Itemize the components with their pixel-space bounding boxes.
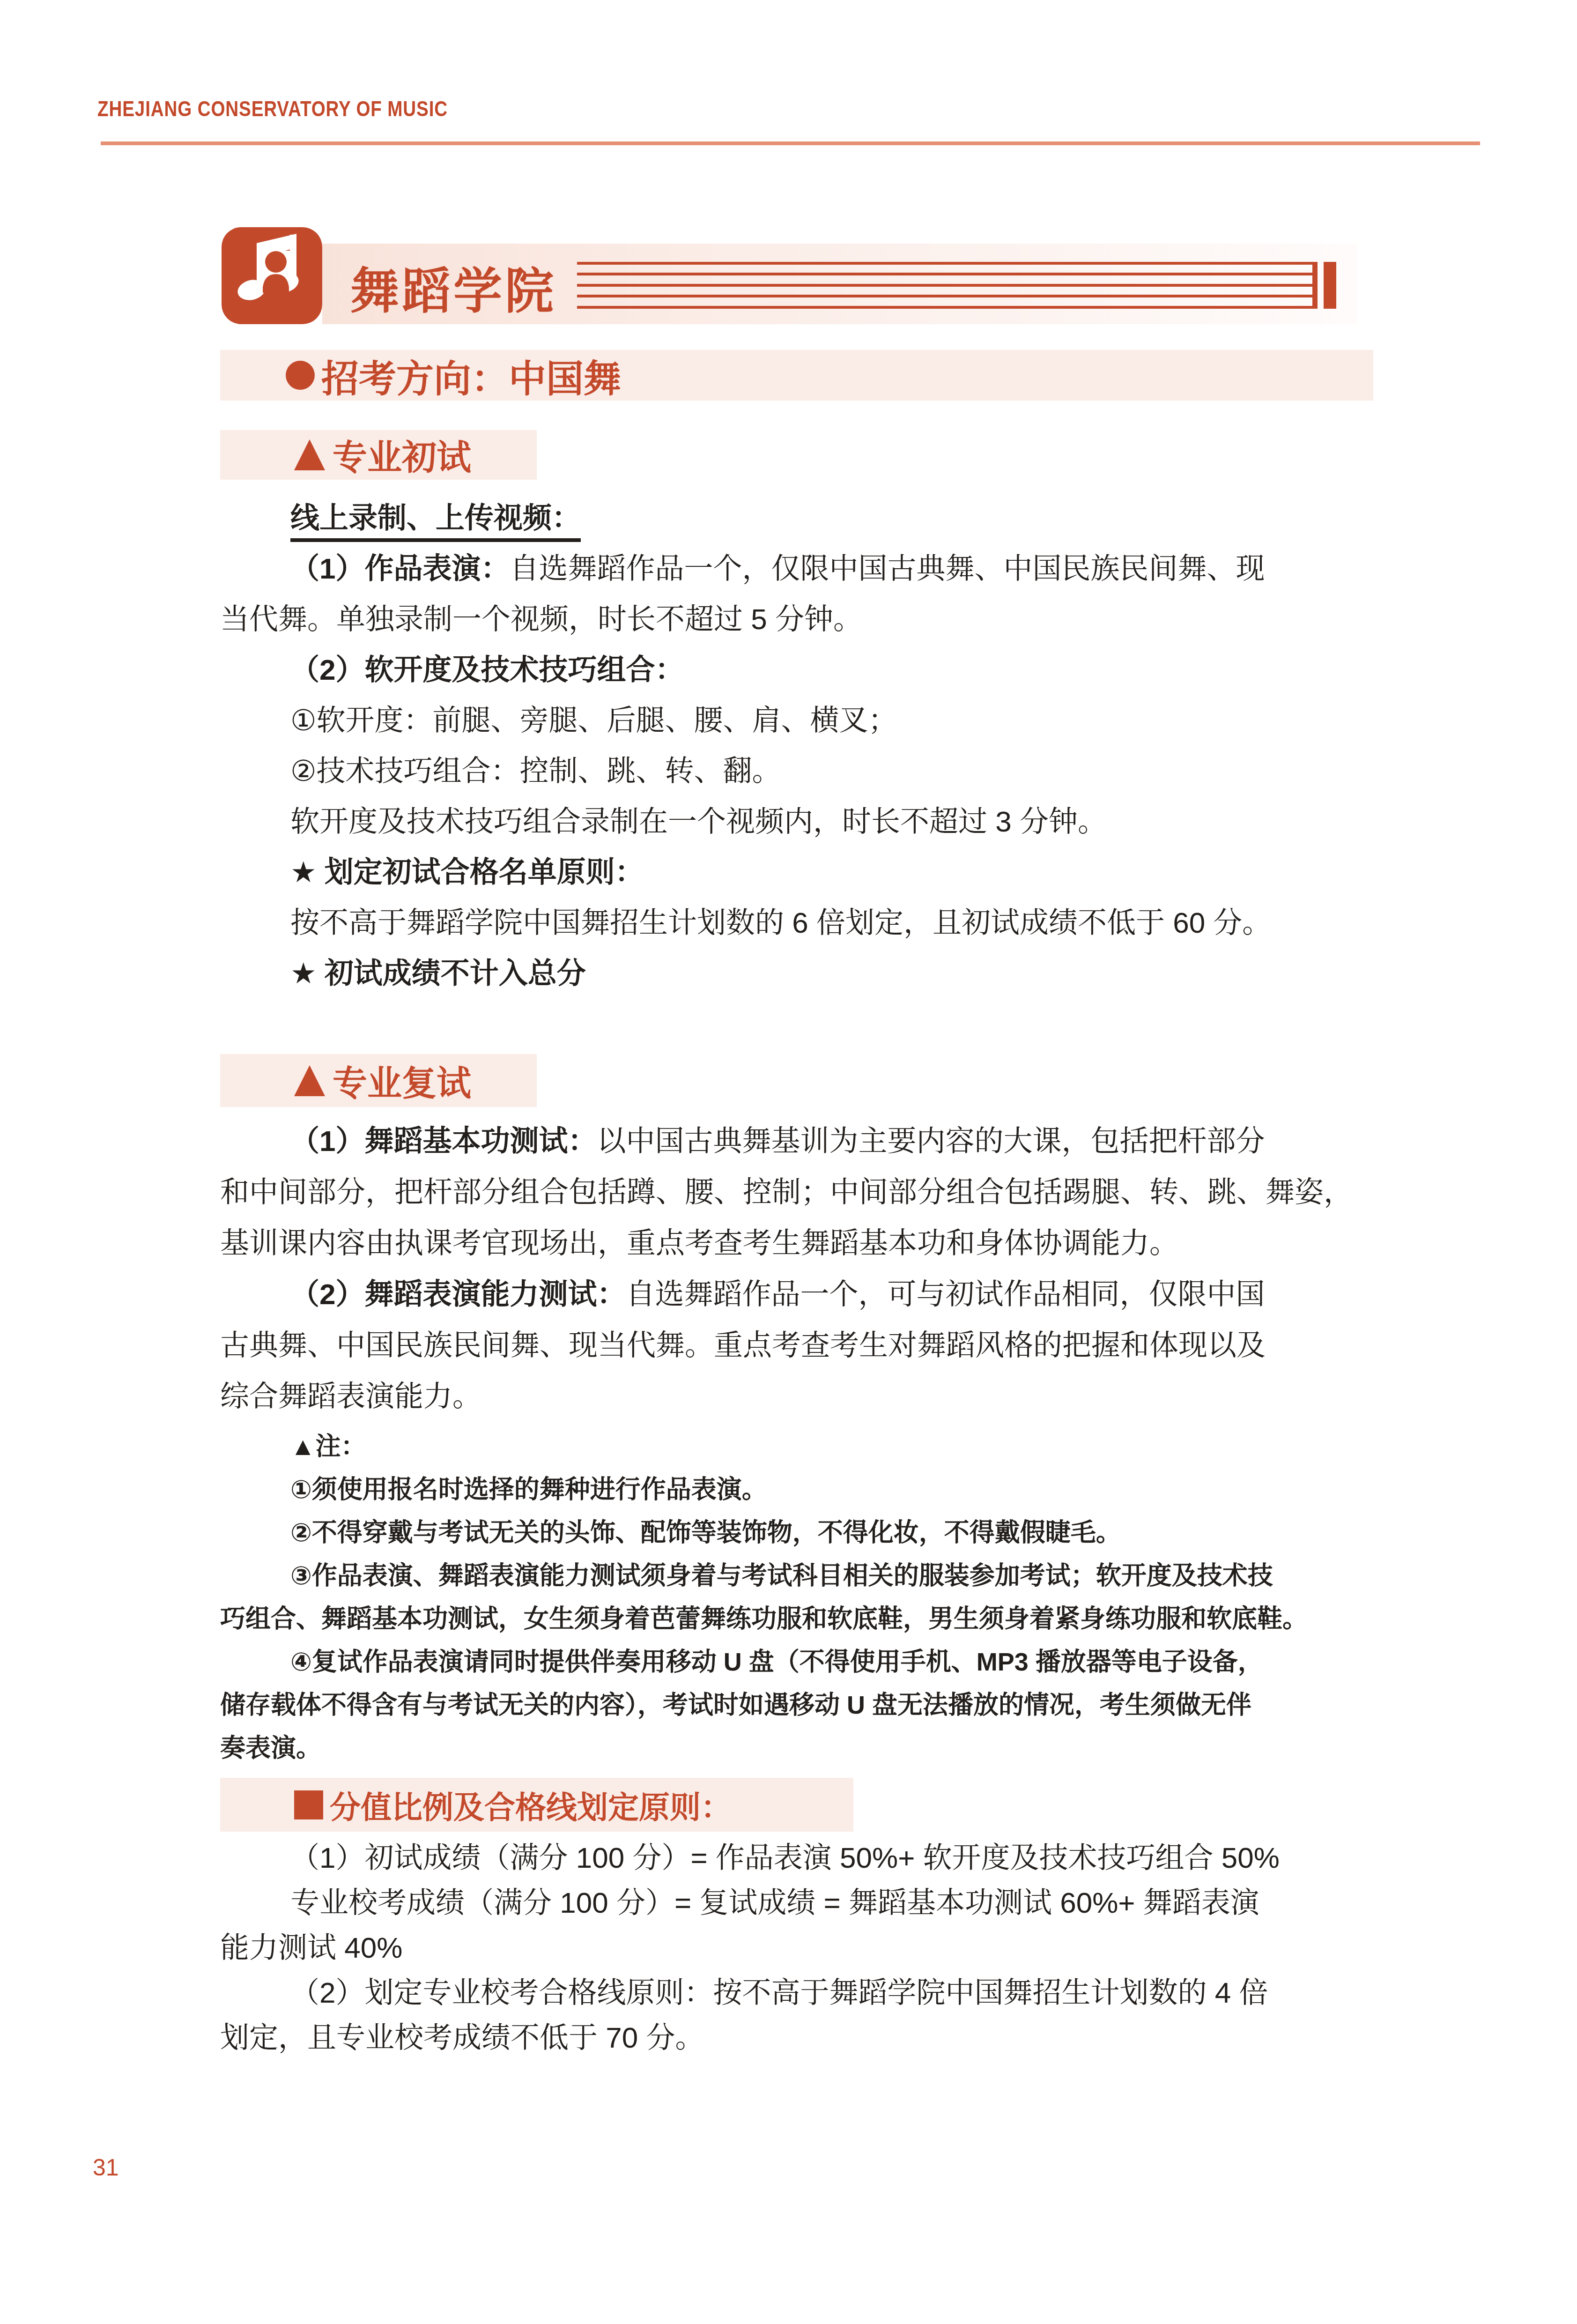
section-header-scoring: 分值比例及合格线划定原则： bbox=[220, 1778, 853, 1832]
staff-end-barline bbox=[1324, 262, 1336, 309]
retest-notes: ▲注：①须使用报名时选择的舞种进行作品表演。②不得穿戴与考试无关的头饰、配饰等装… bbox=[220, 1425, 1365, 1770]
text-line: （1）舞蹈基本功测试：以中国古典舞基训为主要内容的大课，包括把杆部分 bbox=[220, 1116, 1365, 1167]
text-line: （1）作品表演：自选舞蹈作品一个，仅限中国古典舞、中国民族民间舞、现 bbox=[220, 544, 1365, 594]
text-line: ★ 划定初试合格名单原则： bbox=[220, 847, 1365, 898]
retest-body: （1）舞蹈基本功测试：以中国古典舞基训为主要内容的大课，包括把杆部分和中间部分，… bbox=[220, 1116, 1365, 1422]
text-line: （2）划定专业校考合格线原则：按不高于舞蹈学院中国舞招生计划数的 4 倍 bbox=[220, 1971, 1365, 2016]
text-line: 划定，且专业校考成绩不低于 70 分。 bbox=[220, 2016, 1365, 2061]
header-divider-line bbox=[101, 141, 1480, 145]
text-line: 软开度及技术技巧组合录制在一个视频内，时长不超过 3 分钟。 bbox=[220, 797, 1365, 847]
text-line: ★ 初试成绩不计入总分 bbox=[220, 949, 1365, 999]
text-line: ▲注： bbox=[220, 1425, 1365, 1468]
square-bullet-icon bbox=[294, 1790, 323, 1819]
text-line: 储存载体不得含有与考试无关的内容），考试时如遇移动 U 盘无法播放的情况，考生须… bbox=[220, 1684, 1365, 1727]
preliminary-body: 线上录制、上传视频：（1）作品表演：自选舞蹈作品一个，仅限中国古典舞、中国民族民… bbox=[220, 493, 1365, 999]
triangle-bullet-icon bbox=[294, 1065, 325, 1096]
text-line: ①软开度：前腿、旁腿、后腿、腰、肩、横叉； bbox=[220, 696, 1365, 746]
text-line: 奏表演。 bbox=[220, 1727, 1365, 1770]
text-line: ①须使用报名时选择的舞种进行作品表演。 bbox=[220, 1468, 1365, 1511]
brochure-page: { "page": { "brand": "ZHEJIANG CONSERVAT… bbox=[0, 0, 1577, 2324]
text-line: 线上录制、上传视频： bbox=[220, 493, 1365, 544]
text-line: （1）初试成绩（满分 100 分）= 作品表演 50%+ 软开度及技术技巧组合 … bbox=[220, 1836, 1365, 1881]
text-line: 古典舞、中国民族民间舞、现当代舞。重点考查考生对舞蹈风格的把握和体现以及 bbox=[220, 1320, 1365, 1371]
text-line: （2）舞蹈表演能力测试：自选舞蹈作品一个，可与初试作品相同，仅限中国 bbox=[220, 1269, 1365, 1320]
text-line: 当代舞。单独录制一个视频，时长不超过 5 分钟。 bbox=[220, 594, 1365, 645]
page-number: 31 bbox=[93, 2154, 119, 2181]
retest-header-text: 专业复试 bbox=[333, 1056, 471, 1106]
text-line: ②技术技巧组合：控制、跳、转、翻。 bbox=[220, 746, 1365, 797]
text-line: 按不高于舞蹈学院中国舞招生计划数的 6 倍划定，且初试成绩不低于 60 分。 bbox=[220, 898, 1365, 949]
music-staff-lines bbox=[577, 262, 1336, 309]
circle-bullet-icon bbox=[286, 361, 315, 390]
text-line: 巧组合、舞蹈基本功测试，女生须身着芭蕾舞练功服和软底鞋，男生须身着紧身练功服和软… bbox=[220, 1597, 1365, 1641]
text-line: 综合舞蹈表演能力。 bbox=[220, 1371, 1365, 1422]
text-line: 基训课内容由执课考官现场出，重点考查考生舞蹈基本功和身体协调能力。 bbox=[220, 1218, 1365, 1269]
preliminary-header-text: 专业初试 bbox=[333, 430, 471, 480]
music-note-person-icon bbox=[222, 227, 322, 324]
scoring-body: （1）初试成绩（满分 100 分）= 作品表演 50%+ 软开度及技术技巧组合 … bbox=[220, 1836, 1365, 2061]
triangle-bullet-icon bbox=[294, 439, 325, 470]
section-header-direction: 招考方向：中国舞 bbox=[220, 350, 1373, 401]
section-header-preliminary: 专业初试 bbox=[220, 430, 537, 480]
text-line: （2）软开度及技术技巧组合： bbox=[220, 645, 1365, 696]
text-line: 能力测试 40% bbox=[220, 1926, 1365, 1971]
text-line: ②不得穿戴与考试无关的头饰、配饰等装饰物，不得化妆，不得戴假睫毛。 bbox=[220, 1511, 1365, 1554]
section-header-retest: 专业复试 bbox=[220, 1054, 537, 1107]
page-title: 舞蹈学院 bbox=[350, 252, 556, 322]
direction-header-text: 招考方向：中国舞 bbox=[321, 349, 621, 402]
text-line: 和中间部分，把杆部分组合包括蹲、腰、控制；中间部分组合包括踢腿、转、跳、舞姿， bbox=[220, 1167, 1365, 1218]
text-line: ④复试作品表演请同时提供伴奏用移动 U 盘（不得使用手机、MP3 播放器等电子设… bbox=[220, 1641, 1365, 1684]
text-line: ③作品表演、舞蹈表演能力测试须身着与考试科目相关的服装参加考试；软开度及技术技 bbox=[220, 1554, 1365, 1597]
brand-header: ZHEJIANG CONSERVATORY OF MUSIC bbox=[97, 96, 448, 121]
scoring-header-text: 分值比例及合格线划定原则： bbox=[330, 1782, 732, 1827]
text-line: 专业校考成绩（满分 100 分）= 复试成绩 = 舞蹈基本功测试 60%+ 舞蹈… bbox=[220, 1881, 1365, 1926]
